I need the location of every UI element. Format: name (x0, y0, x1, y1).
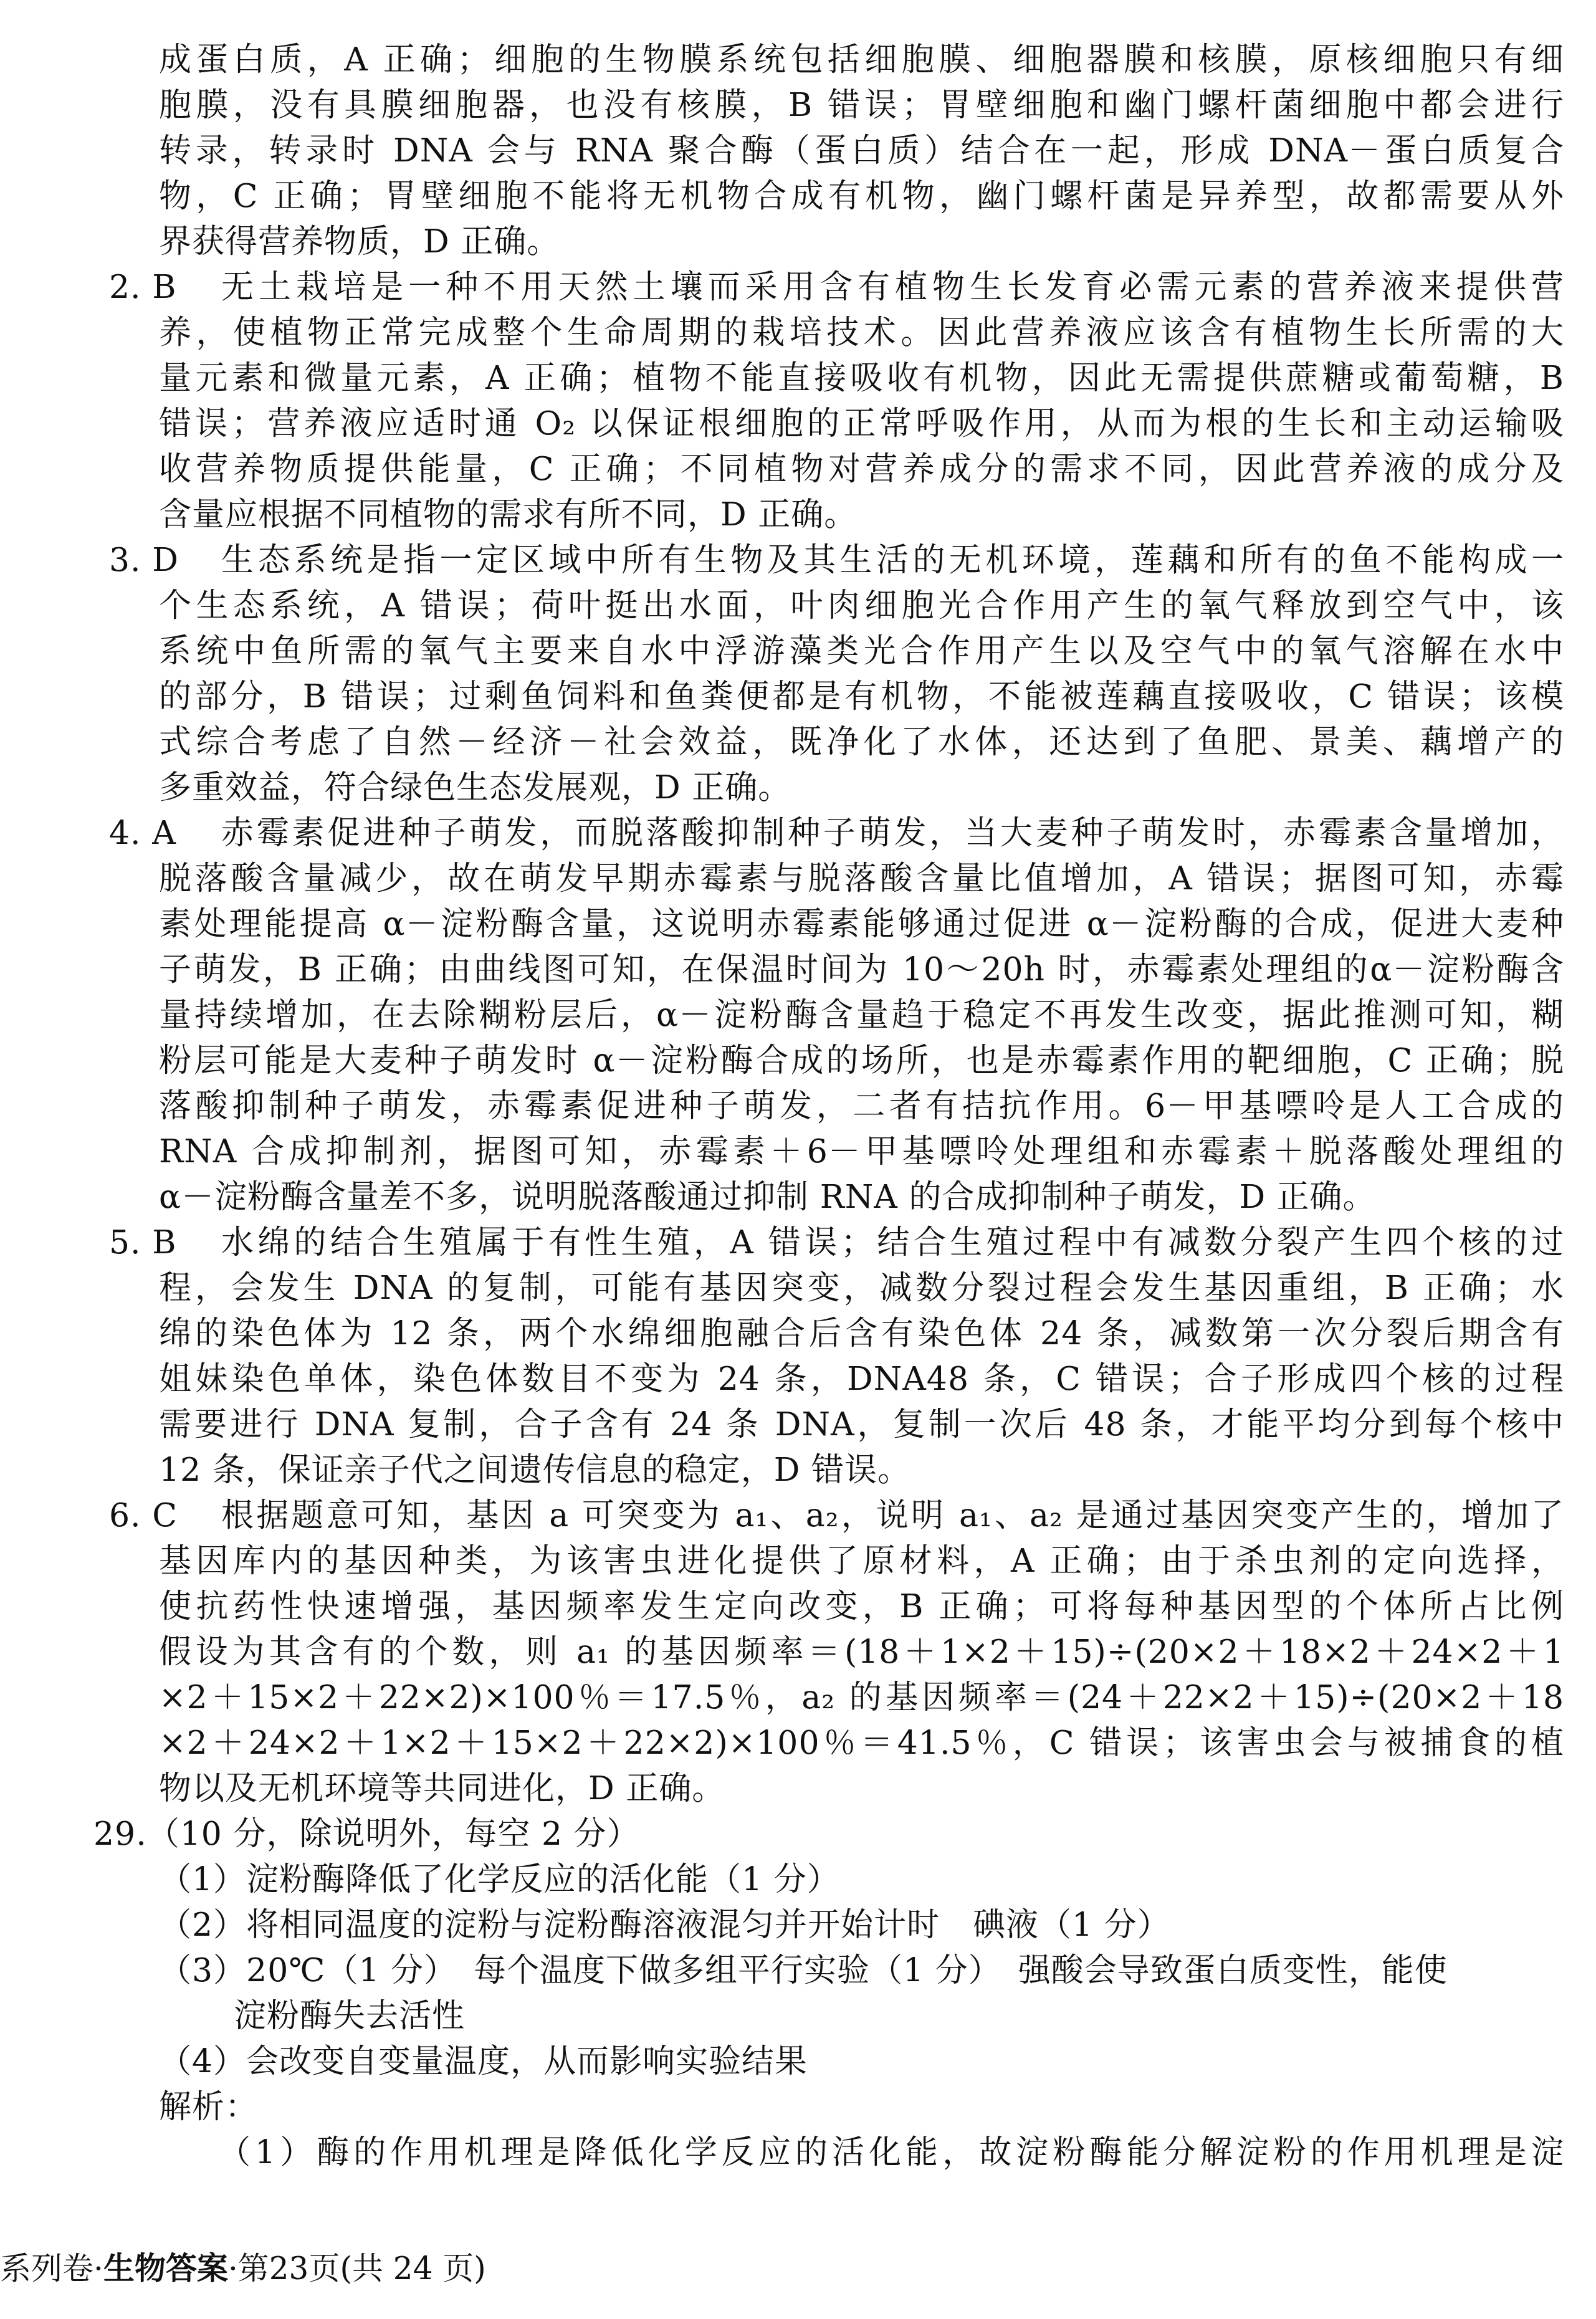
q29-item-2: （2）将相同温度的淀粉与淀粉酶溶液混匀并开始计时 碘液（1 分） (159, 1903, 1170, 1948)
answer-choice: B (152, 269, 176, 306)
text-line: 需要进行 DNA 复制，合子含有 24 条 DNA，复制一次后 48 条，才能平… (159, 1402, 1564, 1448)
answer-choice: B (152, 1224, 176, 1261)
text-line: 界获得营养物质，D 正确。 (159, 219, 560, 265)
text-line: 粉层可能是大麦种子萌发时 α－淀粉酶合成的场所，也是赤霉素作用的靶细胞，C 正确… (159, 1038, 1564, 1084)
footer-separator: · (228, 2250, 238, 2287)
text-line: 根据题意可知，基因 a 可突变为 a₁、a₂，说明 a₁、a₂ 是通过基因突变产… (221, 1493, 1564, 1539)
text-line: 系统中鱼所需的氧气主要来自水中浮游藻类光合作用产生以及空气中的氧气溶解在水中 (159, 629, 1564, 674)
q29-item-1: （1）淀粉酶降低了化学反应的活化能（1 分） (159, 1857, 840, 1903)
text-line: 量元素和微量元素，A 正确；植物不能直接吸收有机物，因此无需提供蔗糖或葡萄糖，B (159, 356, 1564, 401)
text-line: 多重效益，符合绿色生态发展观，D 正确。 (159, 765, 791, 811)
q29-item-3: （3）20℃（1 分） 每个温度下做多组平行实验（1 分） 强酸会导致蛋白质变性… (159, 1948, 1564, 1994)
text-line: ×2＋24×2＋1×2＋15×2＋22×2)×100％＝41.5％，C 错误；该… (159, 1721, 1564, 1766)
footer-series: 系列卷 (0, 2250, 93, 2287)
text-line: 无土栽培是一种不用天然土壤而采用含有植物生长发育必需元素的营养液来提供营 (221, 265, 1564, 310)
text-line: 脱落酸含量减少，故在萌发早期赤霉素与脱落酸含量比值增加，A 错误；据图可知，赤霉 (159, 856, 1564, 902)
text-line: 个生态系统，A 错误；荷叶挺出水面，叶肉细胞光合作用产生的氧气释放到空气中，该 (159, 583, 1564, 629)
text-line: 式综合考虑了自然－经济－社会效益，既净化了水体，还达到了鱼肥、景美、藕增产的 (159, 720, 1564, 765)
answer-choice: C (152, 1497, 178, 1534)
text-line: 子萌发，B 正确；由曲线图可知，在保温时间为 10～20h 时，赤霉素处理组的α… (159, 947, 1564, 993)
q29-item-3-cont: 淀粉酶失去活性 (234, 1994, 465, 2039)
text-line: 落酸抑制种子萌发，赤霉素促进种子萌发，二者有拮抗作用。6－甲基嘌呤是人工合成的 (159, 1084, 1564, 1129)
question-29-header: 29.（10 分，除说明外，每空 2 分） (93, 1812, 640, 1857)
text-line: 物，C 正确；胃壁细胞不能将无机物合成有机物，幽门螺杆菌是异养型，故都需要从外 (159, 174, 1564, 219)
text-line: 错误；营养液应适时通 O₂ 以保证根细胞的正常呼吸作用，从而为根的生长和主动运输… (159, 401, 1564, 447)
text-line: 含量应根据不同植物的需求有所不同，D 正确。 (159, 492, 857, 538)
page-footer: 系列卷·生物答案·第23页(共 24 页) (0, 2247, 486, 2290)
answer-choice: A (152, 815, 176, 852)
text-line: 的部分，B 错误；过剩鱼饲料和鱼粪便都是有机物，不能被莲藕直接吸收，C 错误；该… (159, 674, 1564, 720)
text-line: 素处理能提高 α－淀粉酶含量，这说明赤霉素能够通过促进 α－淀粉酶的合成，促进大… (159, 902, 1564, 947)
text-line: 姐妹染色单体，染色体数目不变为 24 条，DNA48 条，C 错误；合子形成四个… (159, 1357, 1564, 1402)
text-line: 转录，转录时 DNA 会与 RNA 聚合酶（蛋白质）结合在一起，形成 DNA－蛋… (159, 128, 1564, 174)
text-line: α－淀粉酶含量差不多，说明脱落酸通过抑制 RNA 的合成抑制种子萌发，D 正确。 (159, 1175, 1376, 1220)
text-line: 绵的染色体为 12 条，两个水绵细胞融合后含有染色体 24 条，减数第一次分裂后… (159, 1311, 1564, 1357)
text-line: 收营养物质提供能量，C 正确；不同植物对营养成分的需求不同，因此营养液的成分及 (159, 447, 1564, 492)
analysis-label: 解析： (159, 2085, 258, 2130)
text-line: 假设为其含有的个数，则 a₁ 的基因频率＝(18＋1×2＋15)÷(20×2＋1… (159, 1630, 1564, 1675)
answer-number: 3. D (109, 538, 179, 583)
answer-number: 6. C (109, 1493, 178, 1539)
footer-page-number: 第23页(共 24 页) (238, 2250, 486, 2287)
text-line: 程，会发生 DNA 的复制，可能有基因突变，减数分裂过程会发生基因重组，B 正确… (159, 1266, 1564, 1311)
footer-subject: 生物答案 (103, 2250, 228, 2287)
q29-item-4: （4）会改变自变量温度，从而影响实验结果 (159, 2039, 808, 2085)
text-line: 物以及无机环境等共同进化，D 正确。 (159, 1766, 725, 1812)
text-line: 成蛋白质，A 正确；细胞的生物膜系统包括细胞膜、细胞器膜和核膜，原核细胞只有细 (159, 37, 1564, 83)
text-line: 12 条，保证亲子代之间遗传信息的稳定，D 错误。 (159, 1448, 910, 1493)
answer-number: 4. A (109, 811, 176, 856)
text-line: 赤霉素促进种子萌发，而脱落酸抑制种子萌发，当大麦种子萌发时，赤霉素含量增加， (221, 811, 1564, 856)
text-line: 量持续增加，在去除糊粉层后，α－淀粉酶含量趋于稳定不再发生改变，据此推测可知，糊 (159, 993, 1564, 1038)
text-line: 生态系统是指一定区域中所有生物及其生活的无机环境，莲藕和所有的鱼不能构成一 (221, 538, 1564, 583)
text-line: ×2＋15×2＋22×2)×100％＝17.5％，a₂ 的基因频率＝(24＋22… (159, 1675, 1564, 1721)
text-line: 水绵的结合生殖属于有性生殖，A 错误；结合生殖过程中有减数分裂产生四个核的过 (221, 1220, 1564, 1266)
text-line: 基因库内的基因种类，为该害虫进化提供了原材料，A 正确；由于杀虫剂的定向选择， (159, 1539, 1564, 1584)
text-line: 养，使植物正常完成整个生命周期的栽培技术。因此营养液应该含有植物生长所需的大 (159, 310, 1564, 356)
analysis-item-1: （1）酶的作用机理是降低化学反应的活化能，故淀粉酶能分解淀粉的作用机理是淀 (218, 2130, 1564, 2176)
answer-choice: D (152, 542, 179, 579)
footer-separator: · (93, 2250, 103, 2287)
text-line: RNA 合成抑制剂，据图可知，赤霉素＋6－甲基嘌呤处理组和赤霉素＋脱落酸处理组的 (159, 1129, 1564, 1175)
text-line: 使抗药性快速增强，基因频率发生定向改变，B 正确；可将每种基因型的个体所占比例 (159, 1584, 1564, 1630)
answer-number: 2. B (109, 265, 176, 310)
answer-number: 5. B (109, 1220, 176, 1266)
answer-page: 成蛋白质，A 正确；细胞的生物膜系统包括细胞膜、细胞器膜和核膜，原核细胞只有细 … (0, 0, 1596, 2319)
text-line: 胞膜，没有具膜细胞器，也没有核膜，B 错误；胃壁细胞和幽门螺杆菌细胞中都会进行 (159, 83, 1564, 128)
